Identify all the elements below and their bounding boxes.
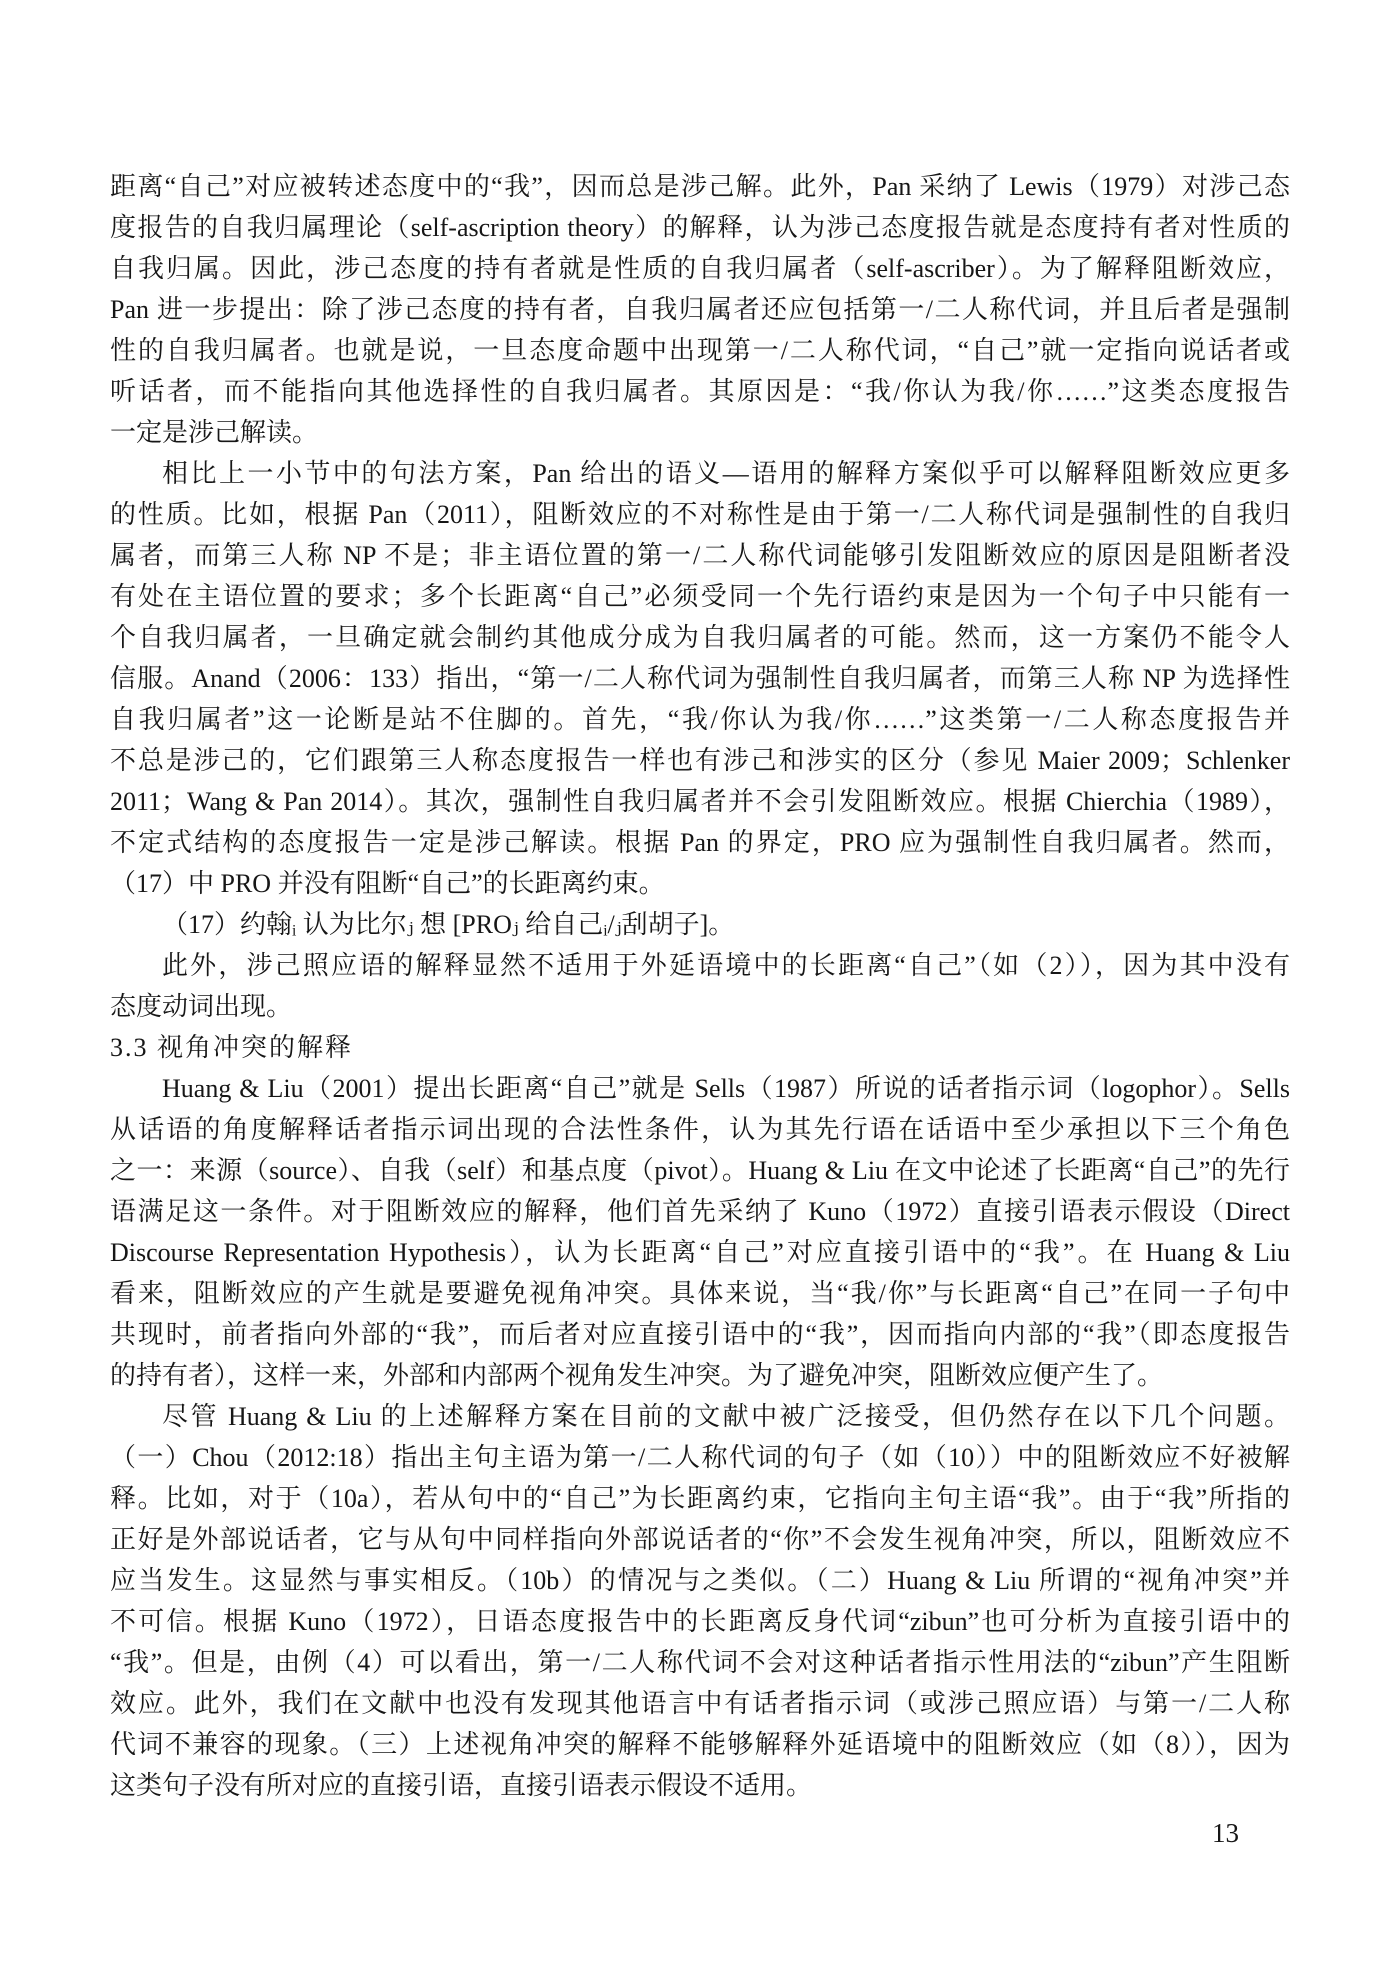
- text-line: 代词不兼容的现象。（三）上述视角冲突的解释不能够解释外延语境中的阻断效应（如（8…: [110, 1724, 1290, 1765]
- text-line: 应当发生。这显然与事实相反。（10b）的情况与之类似。（二）Huang & Li…: [110, 1560, 1290, 1601]
- text-line: 有处在主语位置的要求；多个长距离“自己”必须受同一个先行语约束是因为一个句子中只…: [110, 576, 1290, 617]
- text-line: 距离“自己”对应被转述态度中的“我”，因而总是涉己解。此外，Pan 采纳了 Le…: [110, 166, 1290, 207]
- paragraph-extensional-context: 此外，涉己照应语的解释显然不适用于外延语境中的长距离“自己”（如（2）），因为其…: [110, 945, 1290, 1027]
- text-line: 不可信。根据 Kuno（1972），日语态度报告中的长距离反身代词“zibun”…: [110, 1601, 1290, 1642]
- text-line: 之一：来源（source）、自我（self）和基点度（pivot）。Huang …: [110, 1150, 1290, 1191]
- section-heading-3-3: 3.3 视角冲突的解释: [110, 1027, 1290, 1068]
- text-line: 的持有者），这样一来，外部和内部两个视角发生冲突。为了避免冲突，阻断效应便产生了…: [110, 1355, 1290, 1396]
- text-line: 释。比如，对于（10a），若从句中的“自己”为长距离约束，它指向主句主语“我”。…: [110, 1478, 1290, 1519]
- text-line: 看来，阻断效应的产生就是要避免视角冲突。具体来说，当“我/你”与长距离“自己”在…: [110, 1273, 1290, 1314]
- body-text: 距离“自己”对应被转述态度中的“我”，因而总是涉己解。此外，Pan 采纳了 Le…: [110, 166, 1290, 1806]
- example-17: （17）约翰ᵢ 认为比尔ⱼ 想 [PROⱼ 给自己ᵢ/ⱼ刮胡子]。: [110, 904, 1290, 945]
- text-line: 度报告的自我归属理论（self-ascription theory）的解释，认为…: [110, 207, 1290, 248]
- text-line: Discourse Representation Hypothesis），认为长…: [110, 1232, 1290, 1273]
- text-line: 个自我归属者，一旦确定就会制约其他成分成为自我归属者的可能。然而，这一方案仍不能…: [110, 617, 1290, 658]
- text-line: （17）中 PRO 并没有阻断“自己”的长距离约束。: [110, 863, 1290, 904]
- text-line: 共现时，前者指向外部的“我”，而后者对应直接引语中的“我”，因而指向内部的“我”…: [110, 1314, 1290, 1355]
- text-line: 不总是涉己的，它们跟第三人称态度报告一样也有涉己和涉实的区分（参见 Maier …: [110, 740, 1290, 781]
- paragraph-continuation: 距离“自己”对应被转述态度中的“我”，因而总是涉己解。此外，Pan 采纳了 Le…: [110, 166, 1290, 453]
- text-line: 相比上一小节中的句法方案，Pan 给出的语义—语用的解释方案似乎可以解释阻断效应…: [110, 453, 1290, 494]
- text-line: 一定是涉己解读。: [110, 412, 1290, 453]
- text-line: 不定式结构的态度报告一定是涉己解读。根据 Pan 的界定，PRO 应为强制性自我…: [110, 822, 1290, 863]
- text-line: Pan 进一步提出：除了涉己态度的持有者，自我归属者还应包括第一/二人称代词，并…: [110, 289, 1290, 330]
- text-line: 正好是外部说话者，它与从句中同样指向外部说话者的“你”不会发生视角冲突，所以，阻…: [110, 1519, 1290, 1560]
- text-line: 2011；Wang & Pan 2014）。其次，强制性自我归属者并不会引发阻断…: [110, 781, 1290, 822]
- text-line: 效应。此外，我们在文献中也没有发现其他语言中有话者指示词（或涉己照应语）与第一/…: [110, 1683, 1290, 1724]
- text-line: （一）Chou（2012:18）指出主句主语为第一/二人称代词的句子（如（10）…: [110, 1437, 1290, 1478]
- text-line: 尽管 Huang & Liu 的上述解释方案在目前的文献中被广泛接受，但仍然存在…: [110, 1396, 1290, 1437]
- text-line: Huang & Liu（2001）提出长距离“自己”就是 Sells（1987）…: [110, 1068, 1290, 1109]
- text-line: 自我归属者”这一论断是站不住脚的。首先，“我/你认为我/你……”这类第一/二人称…: [110, 699, 1290, 740]
- text-line: 属者，而第三人称 NP 不是；非主语位置的第一/二人称代词能够引发阻断效应的原因…: [110, 535, 1290, 576]
- text-line: 听话者，而不能指向其他选择性的自我归属者。其原因是：“我/你认为我/你……”这类…: [110, 371, 1290, 412]
- text-line: 这类句子没有所对应的直接引语，直接引语表示假设不适用。: [110, 1765, 1290, 1806]
- text-line: 语满足这一条件。对于阻断效应的解释，他们首先采纳了 Kuno（1972）直接引语…: [110, 1191, 1290, 1232]
- paragraph-pan-semantic-account: 相比上一小节中的句法方案，Pan 给出的语义—语用的解释方案似乎可以解释阻断效应…: [110, 453, 1290, 904]
- text-line: “我”。但是，由例（4）可以看出，第一/二人称代词不会对这种话者指示性用法的“z…: [110, 1642, 1290, 1683]
- text-line: 从话语的角度解释话者指示词出现的合法性条件，认为其先行语在话语中至少承担以下三个…: [110, 1109, 1290, 1150]
- paper-page: 距离“自己”对应被转述态度中的“我”，因而总是涉己解。此外，Pan 采纳了 Le…: [0, 0, 1398, 1965]
- text-line: 此外，涉己照应语的解释显然不适用于外延语境中的长距离“自己”（如（2）），因为其…: [110, 945, 1290, 986]
- text-line: 态度动词出现。: [110, 986, 1290, 1027]
- paragraph-problems: 尽管 Huang & Liu 的上述解释方案在目前的文献中被广泛接受，但仍然存在…: [110, 1396, 1290, 1806]
- paragraph-huang-liu-account: Huang & Liu（2001）提出长距离“自己”就是 Sells（1987）…: [110, 1068, 1290, 1396]
- text-line: 自我归属。因此，涉己态度的持有者就是性质的自我归属者（self-ascriber…: [110, 248, 1290, 289]
- example-line: （17）约翰ᵢ 认为比尔ⱼ 想 [PROⱼ 给自己ᵢ/ⱼ刮胡子]。: [110, 904, 1290, 945]
- text-line: 性的自我归属者。也就是说，一旦态度命题中出现第一/二人称代词，“自己”就一定指向…: [110, 330, 1290, 371]
- text-line: 信服。Anand（2006：133）指出，“第一/二人称代词为强制性自我归属者，…: [110, 658, 1290, 699]
- page-number: 13: [1212, 1817, 1239, 1849]
- text-line: 的性质。比如，根据 Pan（2011），阻断效应的不对称性是由于第一/二人称代词…: [110, 494, 1290, 535]
